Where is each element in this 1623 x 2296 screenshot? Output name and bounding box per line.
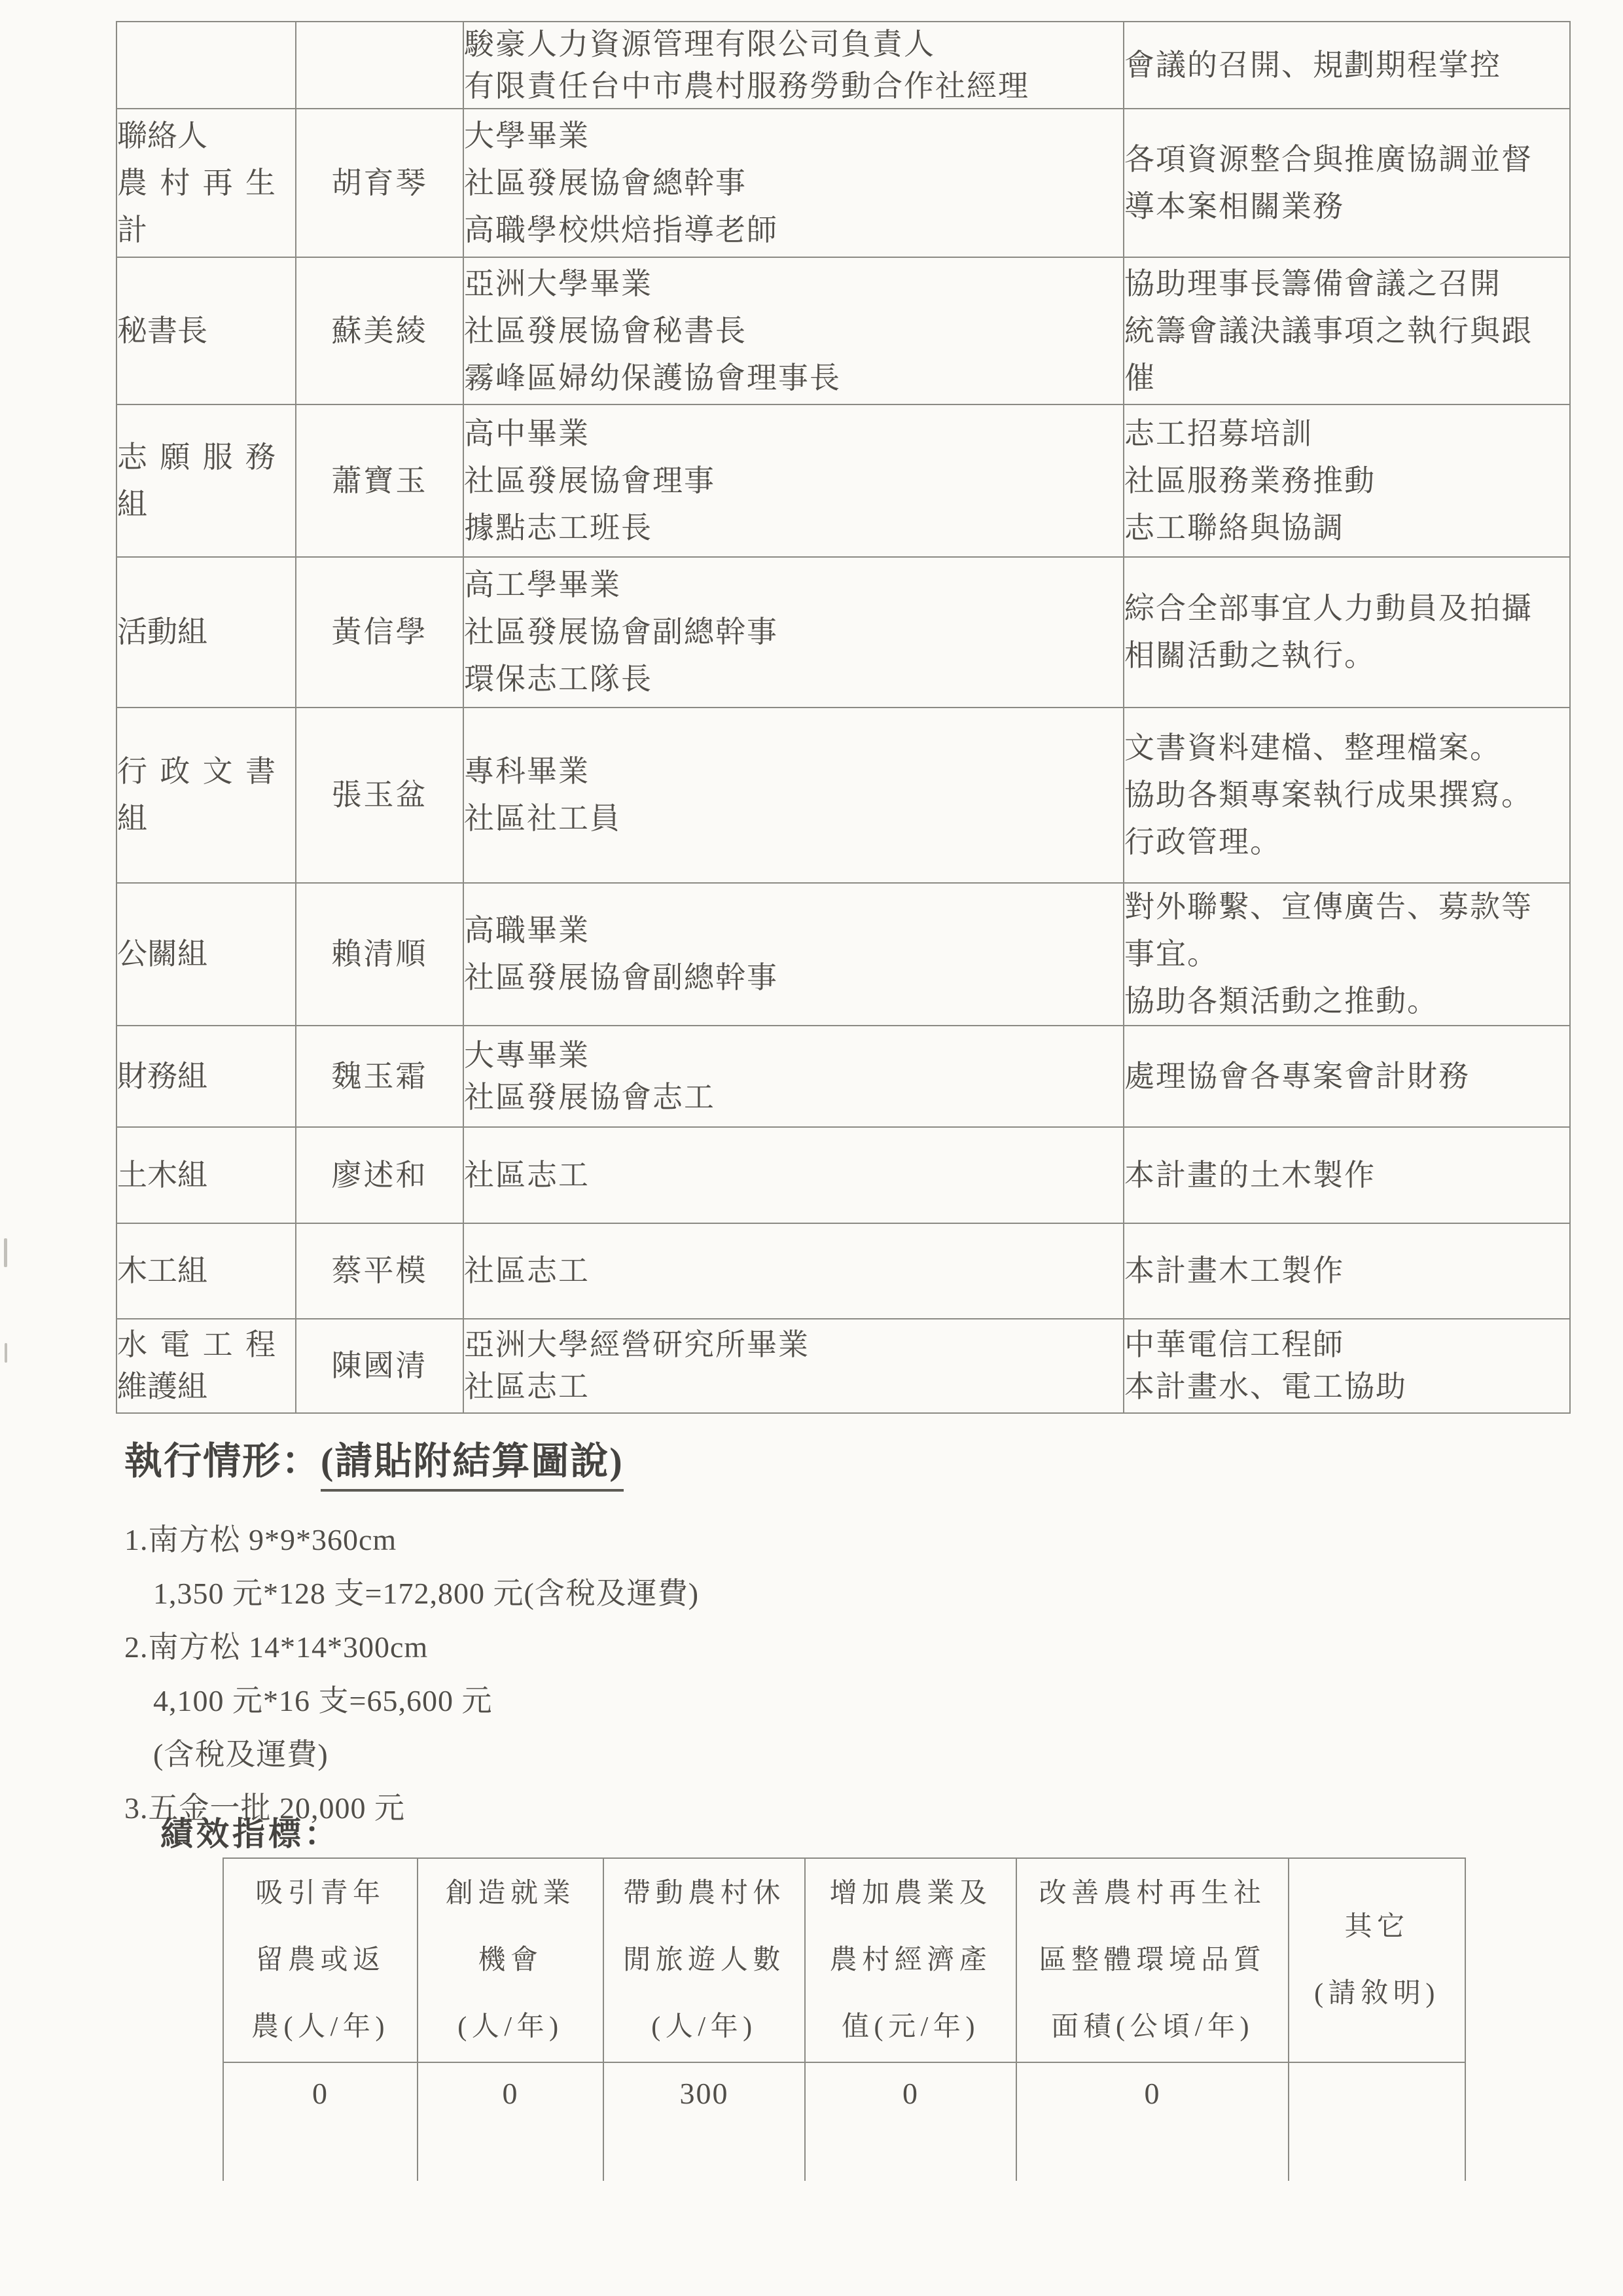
- staff-row: 木工組蔡平模社區志工本計畫木工製作: [116, 1223, 1570, 1319]
- execution-heading-label: 執行情形：: [124, 1440, 321, 1482]
- position-title-cell: 木工組: [116, 1223, 296, 1319]
- cell-text-line: 社區發展協會副總幹事: [464, 954, 1123, 1001]
- education-background-cell: 亞洲大學畢業社區發展協會秘書長霧峰區婦幼保護協會理事長: [463, 257, 1124, 404]
- position-title-cell: 水電工程維護組: [116, 1319, 296, 1413]
- staff-row: 秘書長蘇美綾亞洲大學畢業社區發展協會秘書長霧峰區婦幼保護協會理事長協助理事長籌備…: [116, 257, 1570, 404]
- cell-text-line: 陳國清: [296, 1345, 463, 1387]
- cell-text-line: 改善農村再生社: [1017, 1860, 1288, 1927]
- duties-cell: 綜合全部事宜人力動員及拍攝相關活動之執行。: [1124, 557, 1570, 708]
- cell-text-line: 農(人/年): [224, 1994, 417, 2060]
- cell-text-line: 蕭寶玉: [296, 457, 463, 505]
- cell-text-line: 區整體環境品質: [1017, 1927, 1288, 1994]
- cell-text-line: 處理協會各專案會計財務: [1124, 1056, 1569, 1098]
- cell-text-line: 綜合全部事宜人力動員及拍攝: [1124, 585, 1569, 632]
- cell-text-line: 社區發展協會副總幹事: [464, 609, 1123, 656]
- position-title-cell: 活動組: [116, 557, 296, 708]
- cell-text-line: 水電工程: [117, 1324, 295, 1366]
- position-title-cell: 土木組: [116, 1127, 296, 1223]
- education-background-cell: 高工學畢業社區發展協會副總幹事環保志工隊長: [463, 557, 1124, 708]
- execution-heading-underlined-note: (請貼附結算圖說): [321, 1440, 624, 1492]
- duties-cell: 中華電信工程師本計畫水、電工協助: [1124, 1319, 1570, 1413]
- performance-indicator-value-cell: 300: [603, 2062, 805, 2181]
- execution-item-line: (含稅及運費): [153, 1728, 699, 1782]
- cell-text-line: 志願服務: [117, 434, 295, 481]
- cell-text-line: 亞洲大學畢業: [464, 260, 1123, 308]
- cell-text-line: 蔡平模: [296, 1250, 463, 1292]
- cell-text-line: 志工聯絡與協調: [1124, 505, 1569, 552]
- cell-text-line: 組: [117, 481, 295, 528]
- cell-text-line: 駿豪人力資源管理有限公司負責人: [464, 24, 1123, 65]
- cell-text-line: 閒旅遊人數: [604, 1927, 804, 1994]
- staff-row: 水電工程維護組陳國清亞洲大學經營研究所畢業社區志工中華電信工程師本計畫水、電工協…: [116, 1319, 1570, 1413]
- duties-cell: 協助理事長籌備會議之召開統籌會議決議事項之執行與跟催: [1124, 257, 1570, 404]
- education-background-cell: 高職畢業社區發展協會副總幹事: [463, 883, 1124, 1026]
- duties-cell: 志工招募培訓社區服務業務推動志工聯絡與協調: [1124, 404, 1570, 557]
- cell-text-line: 帶動農村休: [604, 1860, 804, 1927]
- duties-cell: 對外聯繫、宣傳廣告、募款等事宜。協助各類活動之推動。: [1124, 883, 1570, 1026]
- cell-text-line: 協助各類活動之推動。: [1124, 978, 1569, 1025]
- cell-text-line: 農村經濟產: [806, 1927, 1016, 1994]
- cell-text-line: 社區發展協會秘書長: [464, 308, 1123, 355]
- cell-text-line: 事宜。: [1124, 931, 1569, 978]
- scanned-document-page: 駿豪人力資源管理有限公司負責人有限責任台中市農村服務勞動合作社經理會議的召開、規…: [0, 0, 1623, 2296]
- member-name-cell: 廖述和: [296, 1127, 463, 1223]
- position-title-cell: 財務組: [116, 1026, 296, 1127]
- cell-text-line: 大學畢業: [464, 113, 1123, 160]
- performance-indicator-value-cell: 0: [805, 2062, 1016, 2181]
- position-title-cell: 行政文書組: [116, 708, 296, 883]
- performance-header-row: 吸引青年留農或返農(人/年)創造就業機會(人/年)帶動農村休閒旅遊人數(人/年)…: [223, 1858, 1465, 2062]
- cell-text-line: 維護組: [117, 1366, 295, 1408]
- cell-text-line: (請敘明): [1289, 1960, 1465, 2027]
- execution-item-list: 1.南方松 9*9*360cm1,350 元*128 支=172,800 元(含…: [124, 1513, 699, 1835]
- cell-text-line: (人/年): [418, 1994, 603, 2060]
- cell-text-line: 張玉盆: [296, 772, 463, 819]
- cell-text-line: 財務組: [117, 1056, 295, 1098]
- cell-text-line: 志工招募培訓: [1124, 410, 1569, 457]
- execution-item-line: 1,350 元*128 支=172,800 元(含稅及運費): [153, 1567, 699, 1621]
- cell-text-line: 文書資料建檔、整理檔案。: [1124, 725, 1569, 772]
- staff-row: 財務組魏玉霜大專畢業社區發展協會志工處理協會各專案會計財務: [116, 1026, 1570, 1127]
- cell-text-line: 賴清順: [296, 931, 463, 978]
- performance-indicator-value-cell: 0: [418, 2062, 603, 2181]
- performance-indicators-heading: 績效指標：: [160, 1808, 340, 1855]
- cell-text-line: 大專畢業: [464, 1035, 1123, 1077]
- performance-indicator-value-cell: [1289, 2062, 1465, 2181]
- cell-text-line: 秘書長: [117, 308, 295, 355]
- cell-text-line: 相關活動之執行。: [1124, 632, 1569, 679]
- cell-text-line: 亞洲大學經營研究所畢業: [464, 1324, 1123, 1366]
- education-background-cell: 社區志工: [463, 1127, 1124, 1223]
- position-title-cell: 公關組: [116, 883, 296, 1026]
- execution-item-line: 2.南方松 14*14*300cm: [124, 1621, 699, 1674]
- duties-cell: 本計畫木工製作: [1124, 1223, 1570, 1319]
- cell-text-line: 其它: [1289, 1893, 1465, 1960]
- cell-text-line: 農村再生: [117, 160, 295, 207]
- cell-text-line: 高工學畢業: [464, 562, 1123, 609]
- cell-text-line: 土木組: [117, 1155, 295, 1196]
- cell-text-line: 組: [117, 795, 295, 842]
- member-name-cell: [296, 22, 463, 109]
- staff-row: 聯絡人農村再生計胡育琴大學畢業社區發展協會總幹事高職學校烘焙指導老師各項資源整合…: [116, 109, 1570, 257]
- cell-text-line: 面積(公頃/年): [1017, 1994, 1288, 2060]
- cell-text-line: 計: [117, 207, 295, 254]
- cell-text-line: 有限責任台中市農村服務勞動合作社經理: [464, 65, 1123, 107]
- cell-text-line: 社區志工: [464, 1155, 1123, 1196]
- cell-text-line: 社區志工: [464, 1250, 1123, 1292]
- staff-organization-table: 駿豪人力資源管理有限公司負責人有限責任台中市農村服務勞動合作社經理會議的召開、規…: [116, 21, 1571, 1414]
- execution-item-line: 1.南方松 9*9*360cm: [124, 1513, 699, 1567]
- cell-text-line: 魏玉霜: [296, 1056, 463, 1098]
- performance-indicator-header-cell: 吸引青年留農或返農(人/年): [223, 1858, 418, 2062]
- cell-text-line: 本計畫木工製作: [1124, 1250, 1569, 1292]
- staff-row: 活動組黃信學高工學畢業社區發展協會副總幹事環保志工隊長綜合全部事宜人力動員及拍攝…: [116, 557, 1570, 708]
- cell-text-line: 協助理事長籌備會議之召開: [1124, 260, 1569, 308]
- member-name-cell: 魏玉霜: [296, 1026, 463, 1127]
- cell-text-line: 對外聯繫、宣傳廣告、募款等: [1124, 884, 1569, 931]
- performance-indicator-header-cell: 增加農業及農村經濟產值(元/年): [805, 1858, 1016, 2062]
- duties-cell: 處理協會各專案會計財務: [1124, 1026, 1570, 1127]
- duties-cell: 本計畫的土木製作: [1124, 1127, 1570, 1223]
- cell-text-line: 蘇美綾: [296, 308, 463, 355]
- cell-text-line: 吸引青年: [224, 1860, 417, 1927]
- position-title-cell: 秘書長: [116, 257, 296, 404]
- education-background-cell: 高中畢業社區發展協會理事據點志工班長: [463, 404, 1124, 557]
- performance-indicator-header-cell: 改善農村再生社區整體環境品質面積(公頃/年): [1016, 1858, 1289, 2062]
- cell-text-line: 胡育琴: [296, 160, 463, 207]
- cell-text-line: 木工組: [117, 1250, 295, 1292]
- staff-row: 行政文書組張玉盆專科畢業社區社工員文書資料建檔、整理檔案。協助各類專案執行成果撰…: [116, 708, 1570, 883]
- execution-status-heading: 執行情形：(請貼附結算圖說): [124, 1430, 624, 1485]
- member-name-cell: 蘇美綾: [296, 257, 463, 404]
- cell-text-line: 廖述和: [296, 1155, 463, 1196]
- duties-cell: 會議的召開、規劃期程掌控: [1124, 22, 1570, 109]
- cell-text-line: 社區發展協會總幹事: [464, 160, 1123, 207]
- cell-text-line: 機會: [418, 1927, 603, 1994]
- cell-text-line: 值(元/年): [806, 1994, 1016, 2060]
- duties-cell: 文書資料建檔、整理檔案。協助各類專案執行成果撰寫。行政管理。: [1124, 708, 1570, 883]
- staff-row: 駿豪人力資源管理有限公司負責人有限責任台中市農村服務勞動合作社經理會議的召開、規…: [116, 22, 1570, 109]
- cell-text-line: 社區發展協會理事: [464, 457, 1123, 505]
- cell-text-line: 聯絡人: [117, 113, 295, 160]
- cell-text-line: 公關組: [117, 931, 295, 978]
- cell-text-line: 導本案相關業務: [1124, 183, 1569, 230]
- cell-text-line: 創造就業: [418, 1860, 603, 1927]
- cell-text-line: 環保志工隊長: [464, 656, 1123, 703]
- cell-text-line: 增加農業及: [806, 1860, 1016, 1927]
- duties-cell: 各項資源整合與推廣協調並督導本案相關業務: [1124, 109, 1570, 257]
- cell-text-line: 黃信學: [296, 609, 463, 656]
- cell-text-line: 活動組: [117, 609, 295, 656]
- cell-text-line: 統籌會議決議事項之執行與跟: [1124, 308, 1569, 355]
- cell-text-line: 各項資源整合與推廣協調並督: [1124, 136, 1569, 183]
- member-name-cell: 張玉盆: [296, 708, 463, 883]
- cell-text-line: 高中畢業: [464, 410, 1123, 457]
- staff-row: 土木組廖述和社區志工本計畫的土木製作: [116, 1127, 1570, 1223]
- education-background-cell: 亞洲大學經營研究所畢業社區志工: [463, 1319, 1124, 1413]
- staff-row: 公關組賴清順高職畢業社區發展協會副總幹事對外聯繫、宣傳廣告、募款等事宜。協助各類…: [116, 883, 1570, 1026]
- education-background-cell: 社區志工: [463, 1223, 1124, 1319]
- performance-indicator-header-cell: 帶動農村休閒旅遊人數(人/年): [603, 1858, 805, 2062]
- cell-text-line: 催: [1124, 355, 1569, 402]
- member-name-cell: 陳國清: [296, 1319, 463, 1413]
- cell-text-line: 專科畢業: [464, 748, 1123, 795]
- cell-text-line: 社區志工: [464, 1366, 1123, 1408]
- member-name-cell: 黃信學: [296, 557, 463, 708]
- position-title-cell: 聯絡人農村再生計: [116, 109, 296, 257]
- scan-artifact: [4, 1238, 7, 1267]
- cell-text-line: 留農或返: [224, 1927, 417, 1994]
- cell-text-line: 本計畫的土木製作: [1124, 1155, 1569, 1196]
- member-name-cell: 胡育琴: [296, 109, 463, 257]
- education-background-cell: 大專畢業社區發展協會志工: [463, 1026, 1124, 1127]
- position-title-cell: 志願服務組: [116, 404, 296, 557]
- cell-text-line: 本計畫水、電工協助: [1124, 1366, 1569, 1408]
- cell-text-line: (人/年): [604, 1994, 804, 2060]
- performance-indicator-value-cell: 0: [1016, 2062, 1289, 2181]
- performance-value-row: 0030000: [223, 2062, 1465, 2181]
- member-name-cell: 蕭寶玉: [296, 404, 463, 557]
- performance-indicator-header-cell: 創造就業機會(人/年): [418, 1858, 603, 2062]
- cell-text-line: 霧峰區婦幼保護協會理事長: [464, 355, 1123, 402]
- education-background-cell: 駿豪人力資源管理有限公司負責人有限責任台中市農村服務勞動合作社經理: [463, 22, 1124, 109]
- staff-row: 志願服務組蕭寶玉高中畢業社區發展協會理事據點志工班長志工招募培訓社區服務業務推動…: [116, 404, 1570, 557]
- execution-item-line: 4,100 元*16 支=65,600 元: [153, 1674, 699, 1728]
- cell-text-line: 會議的召開、規劃期程掌控: [1124, 45, 1569, 86]
- cell-text-line: 社區社工員: [464, 795, 1123, 842]
- cell-text-line: 行政管理。: [1124, 819, 1569, 866]
- member-name-cell: 賴清順: [296, 883, 463, 1026]
- performance-indicator-header-cell: 其它(請敘明): [1289, 1858, 1465, 2062]
- education-background-cell: 專科畢業社區社工員: [463, 708, 1124, 883]
- cell-text-line: 高職畢業: [464, 907, 1123, 954]
- cell-text-line: 社區發展協會志工: [464, 1077, 1123, 1119]
- cell-text-line: 中華電信工程師: [1124, 1324, 1569, 1366]
- cell-text-line: 協助各類專案執行成果撰寫。: [1124, 772, 1569, 819]
- cell-text-line: 社區服務業務推動: [1124, 457, 1569, 505]
- education-background-cell: 大學畢業社區發展協會總幹事高職學校烘焙指導老師: [463, 109, 1124, 257]
- cell-text-line: 據點志工班長: [464, 505, 1123, 552]
- cell-text-line: 行政文書: [117, 748, 295, 795]
- performance-indicator-value-cell: 0: [223, 2062, 418, 2181]
- member-name-cell: 蔡平模: [296, 1223, 463, 1319]
- performance-indicators-table: 吸引青年留農或返農(人/年)創造就業機會(人/年)帶動農村休閒旅遊人數(人/年)…: [223, 1857, 1466, 2181]
- position-title-cell: [116, 22, 296, 109]
- scan-artifact: [5, 1343, 7, 1363]
- cell-text-line: 高職學校烘焙指導老師: [464, 207, 1123, 254]
